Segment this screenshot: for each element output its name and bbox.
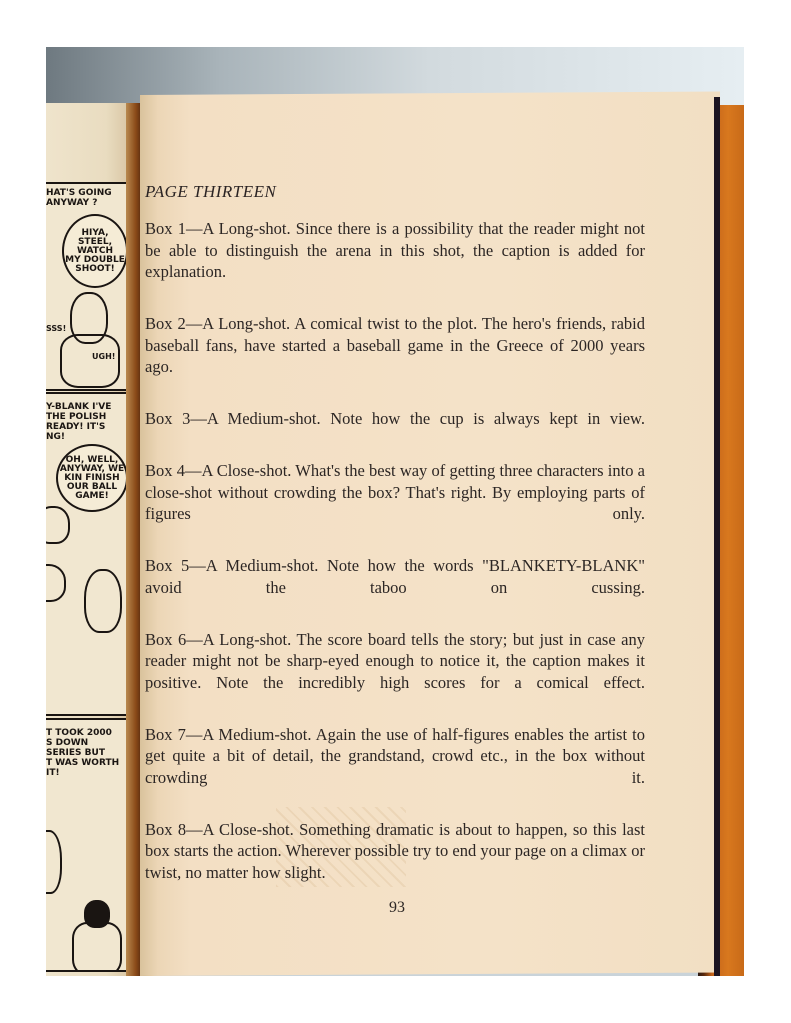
comic-panel-2: Y-BLANK I'VE THE POLISH READY! IT'S NG! … <box>46 392 128 716</box>
comic-caption: HAT'S GOING ANYWAY ? <box>46 188 124 208</box>
page-number: 93 <box>389 899 405 917</box>
page-text: PAGE THIRTEEN Box 1—A Long-shot. Since t… <box>145 182 645 892</box>
cartoon-hand <box>46 564 66 602</box>
paragraph-box-2: Box 2—A Long-shot. A comical twist to th… <box>145 313 645 399</box>
speech-balloon: OH, WELL, ANYWAY, WE KIN FINISH OUR BALL… <box>56 444 128 512</box>
page-edge-shadow <box>714 97 720 976</box>
speech-balloon: HIYA, STEEL, WATCH MY DOUBLE SHOOT! <box>62 214 128 288</box>
book-photo: HAT'S GOING ANYWAY ? HIYA, STEEL, WATCH … <box>46 47 744 976</box>
cartoon-body <box>72 922 122 972</box>
page-heading: PAGE THIRTEEN <box>145 182 645 202</box>
paragraph-box-6: Box 6—A Long-shot. The score board tells… <box>145 629 645 715</box>
cartoon-head <box>84 569 122 633</box>
paragraph-box-3: Box 3—A Medium-shot. Note how the cup is… <box>145 408 645 451</box>
paragraph-box-1: Box 1—A Long-shot. Since there is a poss… <box>145 218 645 304</box>
comic-caption: Y-BLANK I'VE THE POLISH READY! IT'S NG! <box>46 402 126 442</box>
cartoon-figure <box>46 830 62 894</box>
comic-panel-3: T TOOK 2000 S DOWN SERIES BUT T WAS WORT… <box>46 718 128 972</box>
paragraph-box-4: Box 4—A Close-shot. What's the best way … <box>145 460 645 546</box>
paragraph-box-5: Box 5—A Medium-shot. Note how the words … <box>145 555 645 620</box>
paragraph-box-8: Box 8—A Close-shot. Something dramatic i… <box>145 819 645 884</box>
sound-effect: SSS! <box>46 324 66 334</box>
comic-caption: T TOOK 2000 S DOWN SERIES BUT T WAS WORT… <box>46 728 126 778</box>
paragraph-box-7: Box 7—A Medium-shot. Again the use of ha… <box>145 724 645 810</box>
comic-panel-1: HAT'S GOING ANYWAY ? HIYA, STEEL, WATCH … <box>46 182 128 391</box>
comic-strip: HAT'S GOING ANYWAY ? HIYA, STEEL, WATCH … <box>46 182 128 972</box>
cartoon-head <box>46 506 70 544</box>
sound-effect: UGH! <box>92 352 115 362</box>
